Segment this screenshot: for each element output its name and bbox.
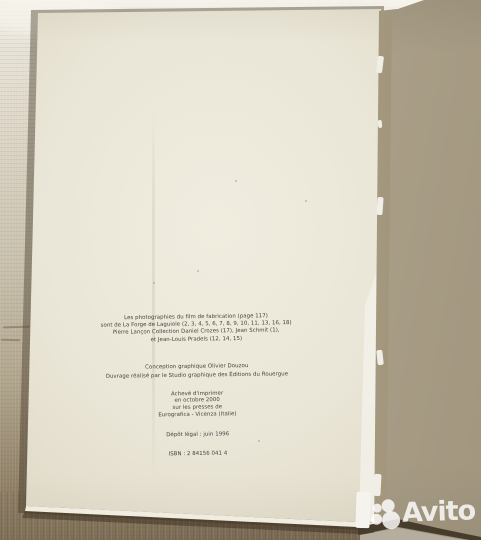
design-line: Ouvrage réalisé par le Studio graphique …	[81, 369, 313, 381]
design-credits: Conception graphique Olivier Douzou Ouvr…	[81, 360, 313, 381]
torn-paper-bit	[376, 197, 383, 215]
colophon-text-block: Les photographies du film de fabrication…	[80, 312, 314, 460]
paper-speck	[197, 270, 199, 272]
avito-logo-circle	[382, 511, 401, 530]
avito-watermark: Avito	[367, 494, 481, 536]
paper-speck	[153, 282, 155, 284]
avito-watermark-text: Avito	[401, 497, 475, 527]
photo-credits: Les photographies du film de fabrication…	[80, 312, 312, 345]
paper-speck	[235, 180, 237, 182]
depot-legal-line: Dépôt légal : juin 1996	[82, 429, 314, 440]
avito-logo-circle	[371, 514, 382, 525]
torn-paper-bit	[373, 474, 381, 496]
avito-logo-circle	[373, 504, 382, 513]
paper-speck	[305, 200, 307, 202]
book-photo: Les photographies du film de fabrication…	[0, 0, 481, 540]
printing-info: Achevé d'imprimer en octobre 2000 sur le…	[81, 388, 313, 419]
torn-paper-bit	[378, 120, 383, 128]
